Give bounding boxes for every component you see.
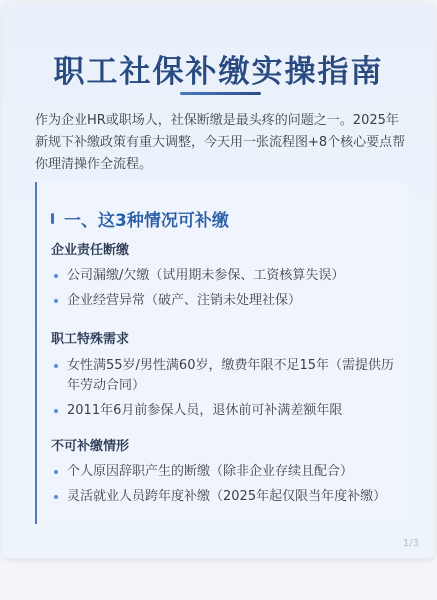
list-item: 企业经营异常（破产、注销未处理社保） bbox=[53, 291, 403, 311]
intro-paragraph: 作为企业HR或职场人，社保断缴是最头疼的问题之一。2025年新规下补缴政策有重大… bbox=[35, 110, 410, 176]
group-list-not-allowed: 个人原因辞职产生的断缴（除非企业存续且配合） 灵活就业人员跨年度补缴（2025年… bbox=[53, 462, 403, 512]
bullet-dot-icon bbox=[54, 299, 58, 303]
page-title: 职工社保补缴实操指南 bbox=[2, 46, 435, 91]
list-item: 个人原因辞职产生的断缴（除非企业存续且配合） bbox=[53, 462, 403, 482]
list-item: 灵活就业人员跨年度补缴（2025年起仅限当年度补缴） bbox=[53, 487, 403, 507]
list-item: 2011年6月前参保人员，退休前可补满差额年限 bbox=[53, 401, 403, 421]
group-title-enterprise: 企业责任断缴 bbox=[51, 239, 129, 258]
list-item-text: 企业经营异常（破产、注销未处理社保） bbox=[67, 293, 301, 308]
group-list-employee: 女性满55岁/男性满60岁，缴费年限不足15年（需提供历年劳动合同） 2011年… bbox=[53, 356, 403, 426]
list-item-text: 女性满55岁/男性满60岁，缴费年限不足15年（需提供历年劳动合同） bbox=[67, 358, 394, 393]
bullet-dot-icon bbox=[54, 409, 58, 413]
list-item-text: 2011年6月前参保人员，退休前可补满差额年限 bbox=[67, 403, 342, 418]
section-heading: 一、这3种情况可补缴 bbox=[51, 206, 229, 231]
list-item-text: 公司漏缴/欠缴（试用期未参保、工资核算失误） bbox=[67, 268, 344, 283]
document-card: 职工社保补缴实操指南 作为企业HR或职场人，社保断缴是最头疼的问题之一。2025… bbox=[2, 2, 435, 558]
bullet-dot-icon bbox=[54, 495, 58, 499]
list-item: 女性满55岁/男性满60岁，缴费年限不足15年（需提供历年劳动合同） bbox=[53, 356, 403, 396]
bullet-dot-icon bbox=[54, 274, 58, 278]
bullet-dot-icon bbox=[54, 364, 58, 368]
title-underline-divider bbox=[180, 92, 261, 95]
list-item-text: 个人原因辞职产生的断缴（除非企业存续且配合） bbox=[67, 464, 353, 479]
section-marker-icon bbox=[51, 213, 54, 224]
bullet-dot-icon bbox=[54, 470, 58, 474]
group-title-not-allowed: 不可补缴情形 bbox=[51, 435, 129, 454]
group-title-employee: 职工特殊需求 bbox=[51, 328, 129, 347]
page-indicator: 1/3 bbox=[403, 538, 419, 549]
list-item: 公司漏缴/欠缴（试用期未参保、工资核算失误） bbox=[53, 266, 403, 286]
section-eligible-cases: 一、这3种情况可补缴 企业责任断缴 公司漏缴/欠缴（试用期未参保、工资核算失误）… bbox=[35, 182, 409, 524]
group-list-enterprise: 公司漏缴/欠缴（试用期未参保、工资核算失误） 企业经营异常（破产、注销未处理社保… bbox=[53, 266, 403, 316]
list-item-text: 灵活就业人员跨年度补缴（2025年起仅限当年度补缴） bbox=[67, 489, 386, 504]
section-heading-text: 一、这3种情况可补缴 bbox=[64, 206, 229, 231]
